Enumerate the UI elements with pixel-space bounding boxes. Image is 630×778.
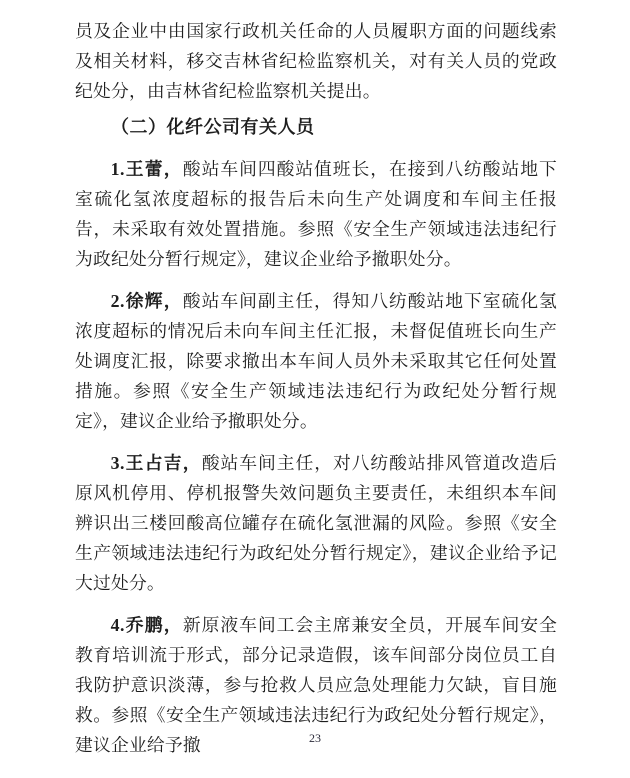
- intro-paragraph: 员及企业中由国家行政机关任命的人员履职方面的问题线索及相关材料，移交吉林省纪检监…: [75, 16, 557, 106]
- person-name-label-4: 4.乔鹏，: [111, 615, 183, 635]
- person-name-label-3: 3.王占吉，: [111, 453, 202, 473]
- paragraph-text-3: 酸站车间主任，对八纺酸站排风管道改造后原风机停用、停机报警失效问题负主要责任，未…: [75, 453, 557, 593]
- paragraph-text-2: 酸站车间副主任，得知八纺酸站地下室硫化氢浓度超标的情况后未向车间主任汇报，未督促…: [75, 291, 557, 431]
- document-text-block: 员及企业中由国家行政机关任命的人员履职方面的问题线索及相关材料，移交吉林省纪检监…: [75, 16, 557, 760]
- numbered-paragraph-2: 2.徐辉，酸站车间副主任，得知八纺酸站地下室硫化氢浓度超标的情况后未向车间主任汇…: [75, 286, 557, 436]
- person-name-label-2: 2.徐辉，: [111, 291, 183, 311]
- numbered-paragraph-1: 1.王蕾，酸站车间四酸站值班长，在接到八纺酸站地下室硫化氢浓度超标的报告后未向生…: [75, 154, 557, 274]
- page-number: 23: [0, 730, 630, 746]
- document-page: 员及企业中由国家行政机关任命的人员履职方面的问题线索及相关材料，移交吉林省纪检监…: [0, 0, 630, 778]
- numbered-paragraph-3: 3.王占吉，酸站车间主任，对八纺酸站排风管道改造后原风机停用、停机报警失效问题负…: [75, 448, 557, 598]
- person-name-label-1: 1.王蕾，: [111, 159, 183, 179]
- section-heading: （二）化纤公司有关人员: [75, 112, 557, 142]
